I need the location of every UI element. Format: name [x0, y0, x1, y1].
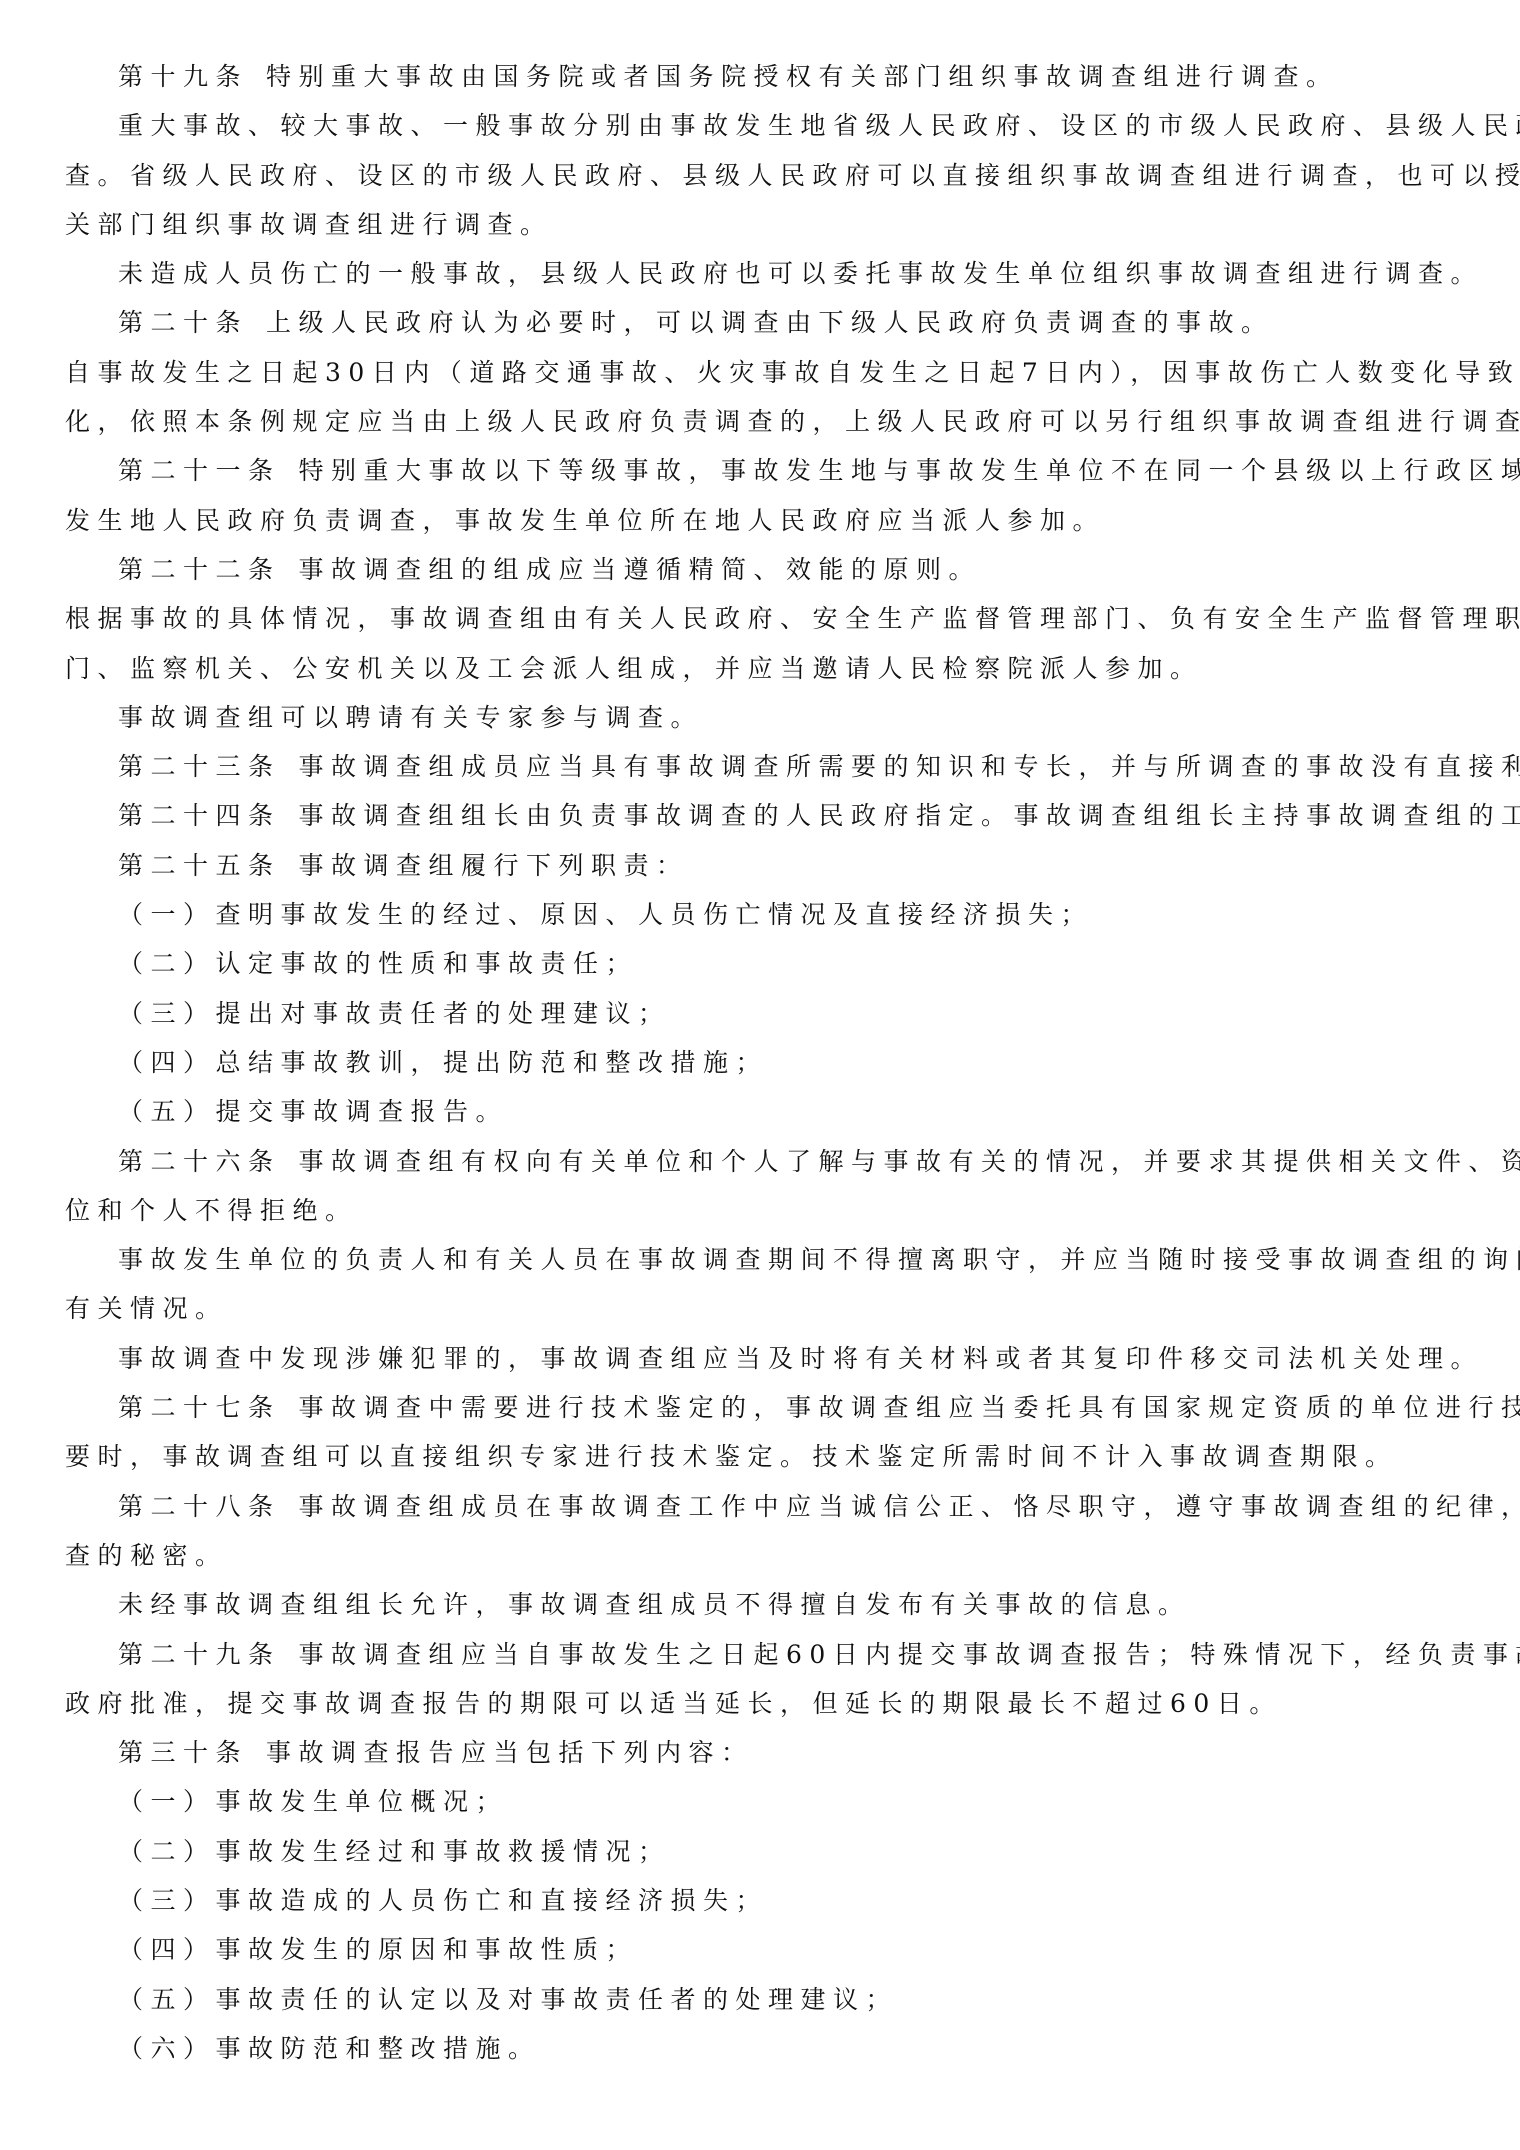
line-text: 未经事故调查组组长允许，事故调查组成员不得擅自发布有关事故的信息。	[118, 1590, 1191, 1619]
paragraph-line: （五）提交事故调查报告。	[65, 1087, 1455, 1136]
article-paragraph-line: 第二十一条特别重大事故以下等级事故，事故发生地与事故发生单位不在同一个县级以上行…	[65, 446, 1455, 495]
line-text: 自事故发生之日起30日内（道路交通事故、火灾事故自发生之日起7日内），因事故伤亡…	[65, 358, 1520, 387]
article-number: 第三十条	[118, 1738, 248, 1767]
article-number: 第二十一条	[118, 456, 281, 485]
article-paragraph-line: 第二十八条事故调查组成员在事故调查工作中应当诚信公正、恪尽职守，遵守事故调查组的…	[65, 1482, 1455, 1531]
article-paragraph-line: 第二十条上级人民政府认为必要时，可以调查由下级人民政府负责调查的事故。	[65, 298, 1455, 347]
line-text: 事故调查组可以聘请有关专家参与调查。	[118, 703, 703, 732]
line-text: 要时，事故调查组可以直接组织专家进行技术鉴定。技术鉴定所需时间不计入事故调查期限…	[65, 1442, 1398, 1471]
paragraph-line: （四）事故发生的原因和事故性质；	[65, 1925, 1455, 1974]
paragraph-line: 重大事故、较大事故、一般事故分别由事故发生地省级人民政府、设区的市级人民政府、县…	[65, 101, 1455, 150]
line-text: 特别重大事故由国务院或者国务院授权有关部门组织事故调查组进行调查。	[266, 62, 1339, 91]
paragraph-line: 化，依照本条例规定应当由上级人民政府负责调查的，上级人民政府可以另行组织事故调查…	[65, 397, 1455, 446]
line-text: （四）事故发生的原因和事故性质；	[118, 1935, 638, 1964]
line-text: （一）事故发生单位概况；	[118, 1787, 508, 1816]
paragraph-line: 自事故发生之日起30日内（道路交通事故、火灾事故自发生之日起7日内），因事故伤亡…	[65, 348, 1455, 397]
paragraph-line: （二）事故发生经过和事故救援情况；	[65, 1827, 1455, 1876]
paragraph-line: （六）事故防范和整改措施。	[65, 2024, 1455, 2073]
line-text: 查的秘密。	[65, 1541, 228, 1570]
line-text: 有关情况。	[65, 1294, 228, 1323]
paragraph-line: 根据事故的具体情况，事故调查组由有关人民政府、安全生产监督管理部门、负有安全生产…	[65, 594, 1455, 643]
article-number: 第二十五条	[118, 851, 281, 880]
paragraph-line: 关部门组织事故调查组进行调查。	[65, 200, 1455, 249]
article-number: 第二十条	[118, 308, 248, 337]
article-number: 第二十四条	[118, 801, 281, 830]
line-text: 关部门组织事故调查组进行调查。	[65, 210, 553, 239]
article-paragraph-line: 第二十七条事故调查中需要进行技术鉴定的，事故调查组应当委托具有国家规定资质的单位…	[65, 1383, 1455, 1432]
paragraph-line: 未造成人员伤亡的一般事故，县级人民政府也可以委托事故发生单位组织事故调查组进行调…	[65, 249, 1455, 298]
line-text: 事故调查组应当自事故发生之日起60日内提交事故调查报告；特殊情况下，经负责事故调…	[299, 1640, 1520, 1669]
paragraph-line: （四）总结事故教训，提出防范和整改措施；	[65, 1038, 1455, 1087]
paragraph-line: （一）事故发生单位概况；	[65, 1777, 1455, 1826]
paragraph-line: 发生地人民政府负责调查，事故发生单位所在地人民政府应当派人参加。	[65, 496, 1455, 545]
line-text: 事故调查报告应当包括下列内容：	[266, 1738, 754, 1767]
line-text: 上级人民政府认为必要时，可以调查由下级人民政府负责调查的事故。	[266, 308, 1274, 337]
line-text: 重大事故、较大事故、一般事故分别由事故发生地省级人民政府、设区的市级人民政府、县…	[118, 111, 1520, 140]
paragraph-line: 未经事故调查组组长允许，事故调查组成员不得擅自发布有关事故的信息。	[65, 1580, 1455, 1629]
paragraph-line: （一）查明事故发生的经过、原因、人员伤亡情况及直接经济损失；	[65, 890, 1455, 939]
line-text: （六）事故防范和整改措施。	[118, 2034, 541, 2063]
article-paragraph-line: 第三十条事故调查报告应当包括下列内容：	[65, 1728, 1455, 1777]
paragraph-line: 位和个人不得拒绝。	[65, 1186, 1455, 1235]
paragraph-line: 要时，事故调查组可以直接组织专家进行技术鉴定。技术鉴定所需时间不计入事故调查期限…	[65, 1432, 1455, 1481]
line-text: 事故调查中发现涉嫌犯罪的，事故调查组应当及时将有关材料或者其复印件移交司法机关处…	[118, 1344, 1483, 1373]
article-number: 第十九条	[118, 62, 248, 91]
paragraph-line: （三）事故造成的人员伤亡和直接经济损失；	[65, 1876, 1455, 1925]
article-paragraph-line: 第二十二条事故调查组的组成应当遵循精简、效能的原则。	[65, 545, 1455, 594]
article-number: 第二十二条	[118, 555, 281, 584]
line-text: （五）事故责任的认定以及对事故责任者的处理建议；	[118, 1985, 898, 2014]
article-number: 第二十八条	[118, 1492, 281, 1521]
paragraph-line: 事故调查中发现涉嫌犯罪的，事故调查组应当及时将有关材料或者其复印件移交司法机关处…	[65, 1334, 1455, 1383]
line-text: 事故调查组的组成应当遵循精简、效能的原则。	[299, 555, 982, 584]
article-paragraph-line: 第二十九条事故调查组应当自事故发生之日起60日内提交事故调查报告；特殊情况下，经…	[65, 1630, 1455, 1679]
line-text: （一）查明事故发生的经过、原因、人员伤亡情况及直接经济损失；	[118, 900, 1093, 929]
line-text: 事故调查中需要进行技术鉴定的，事故调查组应当委托具有国家规定资质的单位进行技术鉴…	[299, 1393, 1520, 1422]
line-text: 特别重大事故以下等级事故，事故发生地与事故发生单位不在同一个县级以上行政区域的，…	[299, 456, 1520, 485]
paragraph-line: 事故调查组可以聘请有关专家参与调查。	[65, 693, 1455, 742]
line-text: 事故调查组履行下列职责：	[299, 851, 689, 880]
line-text: 事故调查组成员应当具有事故调查所需要的知识和专长，并与所调查的事故没有直接利害关…	[299, 752, 1520, 781]
paragraph-line: 有关情况。	[65, 1284, 1455, 1333]
line-text: （四）总结事故教训，提出防范和整改措施；	[118, 1048, 768, 1077]
line-text: 事故调查组组长由负责事故调查的人民政府指定。事故调查组组长主持事故调查组的工作。	[299, 801, 1520, 830]
article-number: 第二十三条	[118, 752, 281, 781]
line-text: 根据事故的具体情况，事故调查组由有关人民政府、安全生产监督管理部门、负有安全生产…	[65, 604, 1520, 633]
paragraph-line: 事故发生单位的负责人和有关人员在事故调查期间不得擅离职守，并应当随时接受事故调查…	[65, 1235, 1455, 1284]
line-text: 发生地人民政府负责调查，事故发生单位所在地人民政府应当派人参加。	[65, 506, 1105, 535]
line-text: （三）事故造成的人员伤亡和直接经济损失；	[118, 1886, 768, 1915]
line-text: 事故调查组成员在事故调查工作中应当诚信公正、恪尽职守，遵守事故调查组的纪律，保守…	[299, 1492, 1520, 1521]
line-text: 位和个人不得拒绝。	[65, 1196, 358, 1225]
line-text: 未造成人员伤亡的一般事故，县级人民政府也可以委托事故发生单位组织事故调查组进行调…	[118, 259, 1483, 288]
article-paragraph-line: 第二十五条事故调查组履行下列职责：	[65, 841, 1455, 890]
line-text: 查。省级人民政府、设区的市级人民政府、县级人民政府可以直接组织事故调查组进行调查…	[65, 161, 1520, 190]
article-paragraph-line: 第二十三条事故调查组成员应当具有事故调查所需要的知识和专长，并与所调查的事故没有…	[65, 742, 1455, 791]
document-page: 第十九条特别重大事故由国务院或者国务院授权有关部门组织事故调查组进行调查。重大事…	[0, 0, 1520, 2150]
paragraph-line: 政府批准，提交事故调查报告的期限可以适当延长，但延长的期限最长不超过60日。	[65, 1679, 1455, 1728]
article-paragraph-line: 第十九条特别重大事故由国务院或者国务院授权有关部门组织事故调查组进行调查。	[65, 52, 1455, 101]
paragraph-line: 门、监察机关、公安机关以及工会派人组成，并应当邀请人民检察院派人参加。	[65, 644, 1455, 693]
article-number: 第二十九条	[118, 1640, 281, 1669]
line-text: 事故发生单位的负责人和有关人员在事故调查期间不得擅离职守，并应当随时接受事故调查…	[118, 1245, 1520, 1274]
article-number: 第二十七条	[118, 1393, 281, 1422]
paragraph-line: （三）提出对事故责任者的处理建议；	[65, 989, 1455, 1038]
article-number: 第二十六条	[118, 1147, 281, 1176]
line-text: 化，依照本条例规定应当由上级人民政府负责调查的，上级人民政府可以另行组织事故调查…	[65, 407, 1520, 436]
line-text: （二）事故发生经过和事故救援情况；	[118, 1837, 671, 1866]
line-text: （三）提出对事故责任者的处理建议；	[118, 999, 671, 1028]
line-text: 门、监察机关、公安机关以及工会派人组成，并应当邀请人民检察院派人参加。	[65, 654, 1203, 683]
article-paragraph-line: 第二十四条事故调查组组长由负责事故调查的人民政府指定。事故调查组组长主持事故调查…	[65, 791, 1455, 840]
line-text: （二）认定事故的性质和事故责任；	[118, 949, 638, 978]
paragraph-line: （五）事故责任的认定以及对事故责任者的处理建议；	[65, 1975, 1455, 2024]
line-text: 政府批准，提交事故调查报告的期限可以适当延长，但延长的期限最长不超过60日。	[65, 1689, 1282, 1718]
line-text: 事故调查组有权向有关单位和个人了解与事故有关的情况，并要求其提供相关文件、资料，…	[299, 1147, 1520, 1176]
document-body: 第十九条特别重大事故由国务院或者国务院授权有关部门组织事故调查组进行调查。重大事…	[65, 52, 1455, 2073]
paragraph-line: 查。省级人民政府、设区的市级人民政府、县级人民政府可以直接组织事故调查组进行调查…	[65, 151, 1455, 200]
paragraph-line: （二）认定事故的性质和事故责任；	[65, 939, 1455, 988]
paragraph-line: 查的秘密。	[65, 1531, 1455, 1580]
line-text: （五）提交事故调查报告。	[118, 1097, 508, 1126]
article-paragraph-line: 第二十六条事故调查组有权向有关单位和个人了解与事故有关的情况，并要求其提供相关文…	[65, 1137, 1455, 1186]
